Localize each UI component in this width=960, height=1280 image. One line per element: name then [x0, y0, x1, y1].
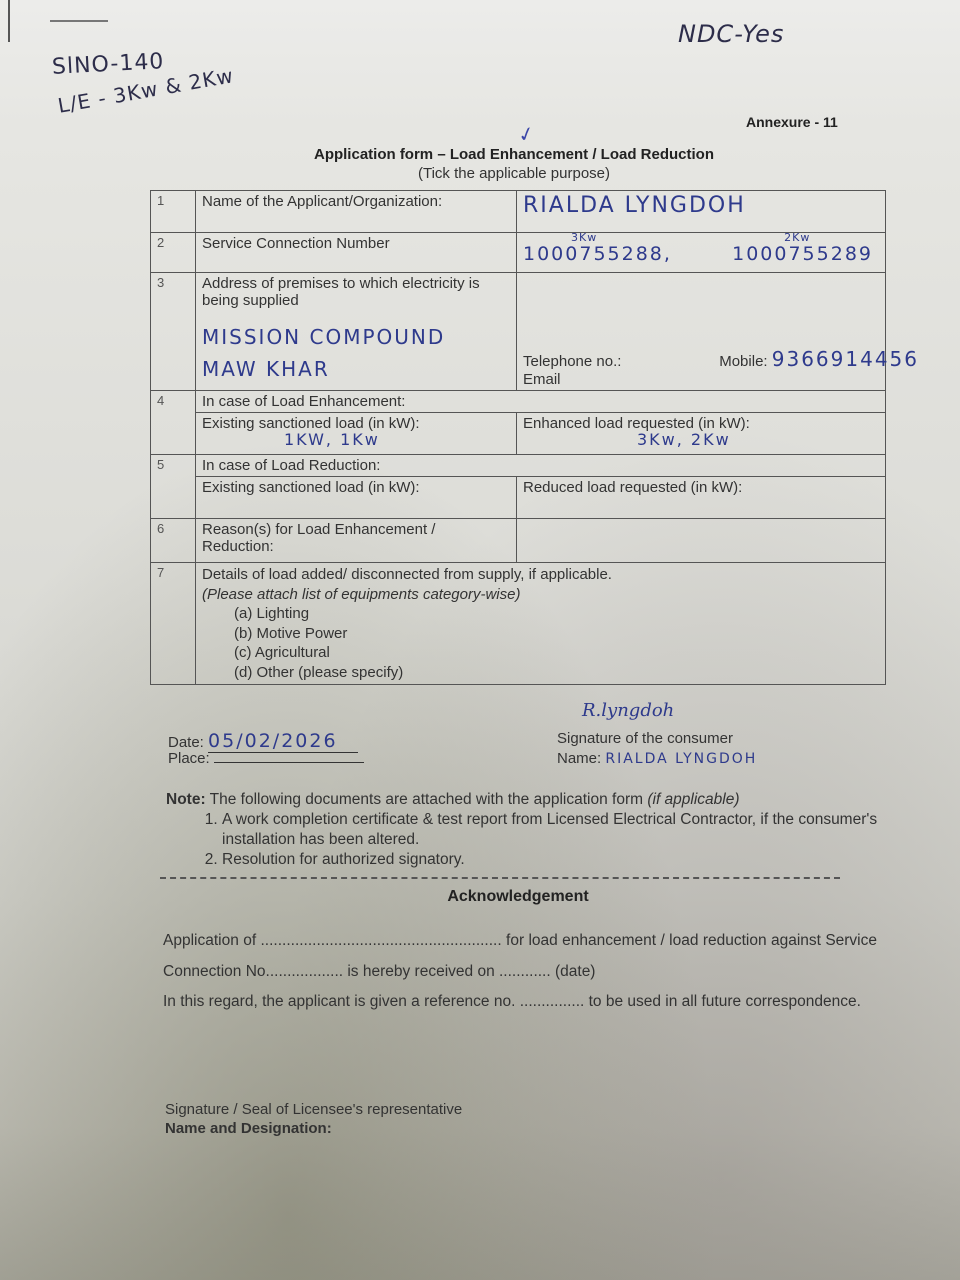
acknowledgement-para-1: Application of .........................… [163, 926, 877, 987]
note-item: A work completion certificate & test rep… [222, 810, 886, 850]
category-item: (b) Motive Power [234, 624, 879, 644]
field-label: Reason(s) for Load Enhancement / Reducti… [196, 519, 517, 563]
service-connection-field[interactable]: 3Kw 1000755288, 2Kw 1000755289 [517, 233, 886, 273]
reason-field[interactable] [517, 519, 886, 563]
date-label: Date: [168, 734, 204, 751]
row-number: 2 [151, 233, 196, 273]
note-qualifier: (if applicable) [647, 791, 739, 808]
row-reason: 6 Reason(s) for Load Enhancement / Reduc… [151, 519, 886, 563]
category-item: (c) Agricultural [234, 643, 879, 663]
enhanced-load-field[interactable]: Enhanced load requested (in kW): 3Kw, 2K… [517, 413, 886, 455]
place-label: Place: [168, 750, 210, 767]
enhanced-load-value: 3Kw, 2Kw [523, 432, 879, 448]
form-subtitle: (Tick the applicable purpose) [0, 165, 960, 182]
note-label: Note: [166, 791, 206, 808]
page-edge-mark [8, 0, 10, 42]
place-blank [214, 762, 364, 763]
row-address: 3 Address of premises to which electrici… [151, 273, 886, 391]
row-load-reduction-heading: 5 In case of Load Reduction: [151, 455, 886, 477]
existing-load-field[interactable]: Existing sanctioned load (in kW): 1KW, 1… [196, 413, 517, 455]
acknowledgement-para-2: In this regard, the applicant is given a… [163, 987, 877, 1018]
application-form-table: 1 Name of the Applicant/Organization: RI… [150, 190, 886, 685]
row-load-enhancement-values: Existing sanctioned load (in kW): 1KW, 1… [151, 413, 886, 455]
licensee-signature-label: Signature / Seal of Licensee's represent… [165, 1100, 462, 1119]
field-label: Existing sanctioned load (in kW): [202, 479, 420, 496]
connection-entry: 2Kw 1000755289 [732, 233, 873, 265]
handwritten-serial-number: SlNO-140 [51, 49, 165, 80]
field-label: Service Connection Number [196, 233, 517, 273]
mobile-value[interactable]: 9366914456 [772, 347, 919, 371]
row-load-details: 7 Details of load added/ disconnected fr… [151, 563, 886, 685]
email-label: Email [523, 371, 879, 388]
row-number: 4 [151, 391, 196, 455]
place-field[interactable]: Place: [168, 750, 364, 767]
load-details-field[interactable]: Details of load added/ disconnected from… [196, 563, 886, 685]
row-number: 6 [151, 519, 196, 563]
applicant-name-value: RIALDA LYNGDOH [523, 193, 746, 218]
category-item: (d) Other (please specify) [234, 663, 879, 683]
reduced-load-field[interactable]: Reduced load requested (in kW): [517, 477, 886, 519]
applicant-name-field[interactable]: RIALDA LYNGDOH [517, 191, 886, 233]
acknowledgement-title: Acknowledgement [0, 888, 960, 906]
row-number: 5 [151, 455, 196, 519]
telephone-label: Telephone no.: [523, 353, 621, 370]
address-field[interactable]: Address of premises to which electricity… [196, 273, 517, 391]
section-heading: In case of Load Reduction: [196, 455, 886, 477]
row-load-enhancement-heading: 4 In case of Load Enhancement: [151, 391, 886, 413]
note-text: The following documents are attached wit… [210, 791, 643, 808]
address-line-2: MAW KHAR [202, 357, 510, 381]
section-heading: In case of Load Enhancement: [196, 391, 886, 413]
acknowledgement-body: Application of .........................… [163, 926, 877, 1018]
row-number: 3 [151, 273, 196, 391]
signature-label: Signature of the consumer [557, 730, 733, 747]
row-load-reduction-values: Existing sanctioned load (in kW): Reduce… [151, 477, 886, 519]
row-number: 7 [151, 563, 196, 685]
cut-line-divider [160, 877, 840, 879]
contact-field: Telephone no.: Mobile: 9366914456 Email [517, 273, 886, 391]
address-line-1: MISSION COMPOUND [202, 325, 510, 349]
existing-load-value: 1KW, 1Kw [202, 432, 510, 448]
consumer-name-field[interactable]: Name: RIALDA LYNGDOH [557, 750, 757, 767]
licensee-name-label: Name and Designation: [165, 1119, 462, 1138]
field-label: Details of load added/ disconnected from… [202, 565, 879, 585]
field-label: Address of premises to which electricity… [202, 275, 510, 309]
connection-number: 1000755288 [523, 243, 664, 265]
field-label: Reduced load requested (in kW): [523, 479, 742, 496]
mobile-label: Mobile: [719, 353, 767, 370]
annexure-label: Annexure - 11 [746, 114, 838, 130]
field-label: Name of the Applicant/Organization: [196, 191, 517, 233]
licensee-signature-block: Signature / Seal of Licensee's represent… [165, 1100, 462, 1138]
category-item: (a) Lighting [234, 604, 879, 624]
field-note: (Please attach list of equipments catego… [202, 585, 879, 605]
consumer-signature: R.lyngdoh [582, 700, 674, 721]
row-service-connection: 2 Service Connection Number 3Kw 10007552… [151, 233, 886, 273]
row-number: 1 [151, 191, 196, 233]
pen-mark [50, 20, 108, 22]
consumer-name-value: RIALDA LYNGDOH [605, 751, 757, 767]
connection-entry: 3Kw 1000755288, [523, 233, 672, 265]
tick-icon: ✓ [515, 120, 538, 148]
name-label: Name: [557, 750, 601, 767]
handwritten-ndc-note: NDC-Yes [678, 20, 784, 48]
existing-load-reduction-field[interactable]: Existing sanctioned load (in kW): [196, 477, 517, 519]
attachments-note: Note: The following documents are attach… [166, 790, 886, 870]
connection-number: 1000755289 [732, 243, 873, 265]
form-title: Application form – Load Enhancement / Lo… [0, 146, 960, 163]
note-item: Resolution for authorized signatory. [222, 850, 886, 870]
row-applicant-name: 1 Name of the Applicant/Organization: RI… [151, 191, 886, 233]
